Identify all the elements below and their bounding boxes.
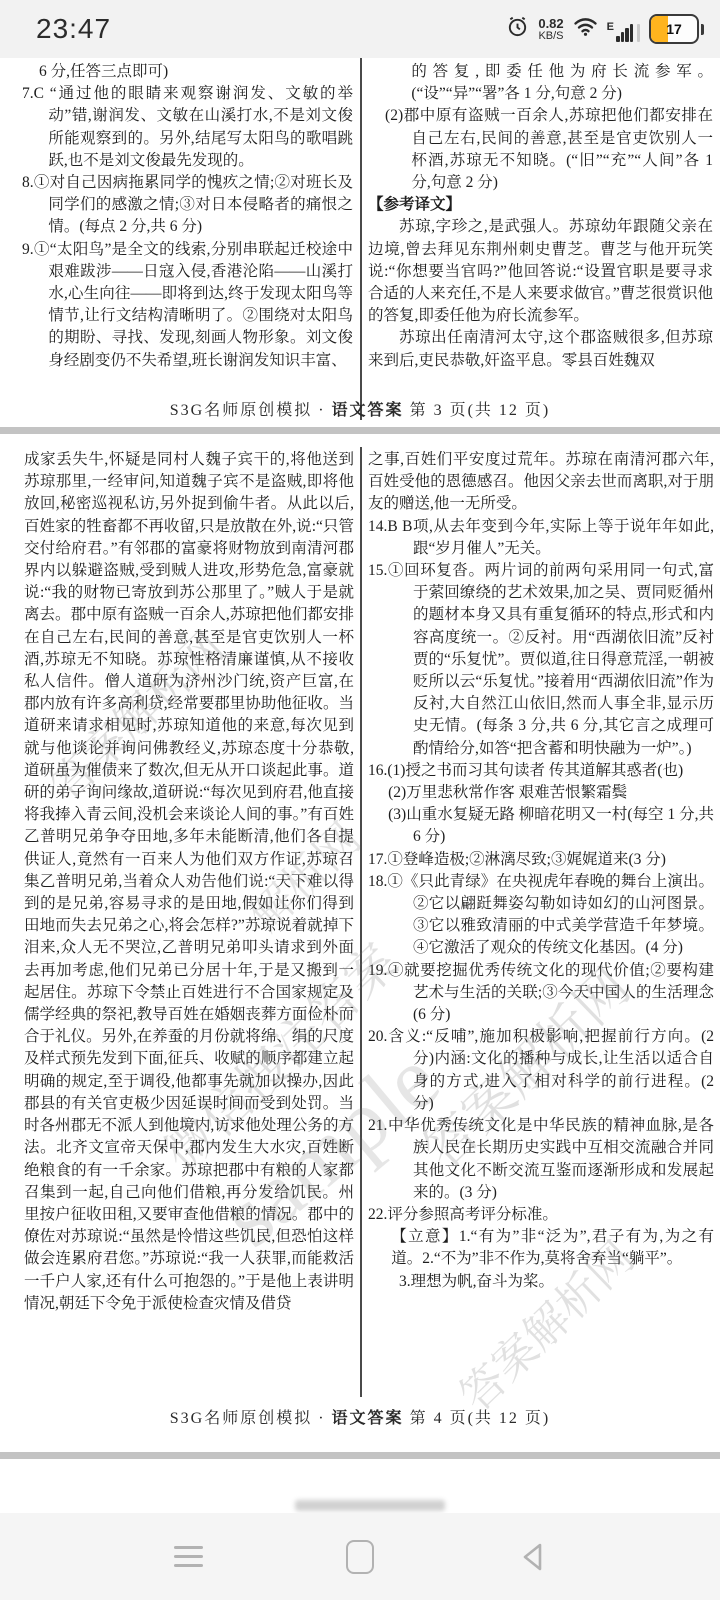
paragraph: 22.评分参照高考评分标准。 [368, 1204, 714, 1226]
paragraph: 8.①对自己因病拖累同学的愧疚之情;②对班长及同学们的感激之情;③对日本侵略者的… [22, 172, 353, 239]
paragraph: 3.理想为帆,奋斗为桨。 [368, 1271, 714, 1293]
paragraph: 17.①登峰造极;②淋漓尽致;③娓娓道来(3 分) [368, 849, 714, 871]
footer-brand: S3G名师原创模拟 [170, 402, 312, 419]
footer-subject: 语文答案 [332, 1410, 404, 1427]
paragraph: (3)山重水复疑无路 柳暗花明又一村(每空 1 分,共 6 分) [368, 804, 714, 848]
footer-page-number: 第 3 页(共 12 页) [410, 402, 551, 419]
paragraph: 7.C “通过他的眼睛来观察谢润发、文敏的举动”错,谢润发、文敏在山溪打水,不是… [22, 83, 353, 172]
column-divider [360, 447, 362, 1397]
paragraph: 【立意】1.“有为”非“泛为”,君子有为,为之有道。2.“不为”非不作为,莫将舍… [368, 1226, 714, 1270]
page4-left-column: 成家丢失牛,怀疑是同村人魏子宾干的,将他送到苏琼那里,一经审问,知道魏子宾不是盗… [24, 449, 354, 1397]
battery-icon: 17 [649, 14, 699, 44]
paragraph: (2)郡中原有盗贼一百余人,苏琼把他们都安排在自己左右,民间的善意,甚至是官吏饮… [368, 105, 713, 194]
footer-page-number: 第 4 页(共 12 页) [410, 1410, 551, 1427]
wifi-icon [573, 17, 598, 42]
paragraph: 9.①“太阳鸟”是全文的线索,分别串联起迁校途中艰难跋涉——日寇入侵,香港沦陷—… [22, 239, 353, 372]
page3-footer: S3G名师原创模拟 · 语文答案 第 3 页(共 12 页) [0, 397, 720, 420]
cell-signal-icon: E [607, 16, 640, 42]
document-scroll-area[interactable]: 6 分,任答三点即可)7.C “通过他的眼睛来观察谢润发、文敏的举动”错,谢润发… [0, 58, 720, 1513]
paragraph: 【参考译文】 [368, 194, 713, 216]
next-page-blurred-text [295, 1500, 445, 1511]
clock-time: 23:47 [36, 13, 111, 45]
paragraph: 6 分,任答三点即可) [22, 61, 353, 83]
page-gap-divider [0, 427, 720, 434]
page4-footer: S3G名师原创模拟 · 语文答案 第 4 页(共 12 页) [0, 1405, 720, 1428]
footer-separator: · [318, 402, 325, 419]
paragraph: 19.①就要挖掘优秀传统文化的现代价值;②要构建艺术与生活的关联;③今天中国人的… [368, 960, 714, 1027]
footer-separator: · [318, 1410, 325, 1427]
page-gap-divider [0, 1452, 720, 1459]
back-button[interactable] [492, 1513, 572, 1600]
paragraph: 20.含义:“反哺”,施加积极影响,把握前行方向。(2 分)内涵:文化的播种与成… [368, 1026, 714, 1115]
paragraph: 苏琼,字珍之,是武强人。苏琼幼年跟随父亲在边境,曾去拜见东荆州刺史曹芝。曹芝与他… [368, 216, 713, 327]
column-divider [360, 58, 362, 420]
page3-right-column: 的答复,即委任他为府长流参军。(“设”“异”“署”各 1 分,句意 2 分)(2… [368, 61, 713, 401]
status-bar: 23:47 0.82 KB/S [0, 0, 720, 58]
menu-button[interactable] [148, 1513, 228, 1600]
paragraph: 成家丢失牛,怀疑是同村人魏子宾干的,将他送到苏琼那里,一经审问,知道魏子宾不是盗… [24, 449, 354, 1315]
paragraph: 16.(1)授之书而习其句读者 传其道解其惑者(也) [368, 760, 714, 782]
paragraph: 15.①回环复沓。两片词的前两句采用同一句式,富于萦回缭绕的艺术效果,加之吴、贾… [368, 560, 714, 760]
network-speed-value: 0.82 [538, 17, 563, 30]
paragraph: 18.①《只此青绿》在央视虎年春晚的舞台上演出。②它以翩跹舞姿勾勒如诗如幻的山河… [368, 871, 714, 960]
footer-subject: 语文答案 [332, 402, 404, 419]
navigation-bar [0, 1513, 720, 1600]
paragraph: 之事,百姓们平安度过荒年。苏琼在南清河郡六年,百姓受他的恩德感召。他因父亲去世而… [368, 449, 714, 516]
battery-nub [701, 24, 704, 35]
network-speed: 0.82 KB/S [538, 17, 563, 42]
page3-left-column: 6 分,任答三点即可)7.C “通过他的眼睛来观察谢润发、文敏的举动”错,谢润发… [22, 61, 353, 401]
back-icon [519, 1542, 546, 1572]
paragraph: 14.B B项,从去年变到今年,实际上等于说年年如此,跟“岁月催人”无关。 [368, 516, 714, 560]
alarm-icon [506, 15, 529, 43]
network-speed-unit: KB/S [538, 30, 563, 42]
menu-icon [174, 1546, 203, 1567]
phone-screen: 23:47 0.82 KB/S [0, 0, 720, 1600]
battery-percent: 17 [666, 21, 682, 37]
paragraph: 的答复,即委任他为府长流参军。(“设”“异”“署”各 1 分,句意 2 分) [368, 61, 713, 105]
paragraph: (2)万里悲秋常作客 艰难苦恨繁霜鬓 [368, 782, 714, 804]
status-icons: 0.82 KB/S E 17 [506, 0, 704, 58]
page4-right-column: 之事,百姓们平安度过荒年。苏琼在南清河郡六年,百姓受他的恩德感召。他因父亲去世而… [368, 449, 714, 1397]
network-type-label: E [607, 21, 614, 33]
home-icon [346, 1540, 374, 1574]
paragraph: 苏琼出任南清河太守,这个郡盗贼很多,但苏琼来到后,吏民恭敬,奸盗平息。零县百姓魏… [368, 327, 713, 371]
home-button[interactable] [320, 1513, 400, 1600]
paragraph: 21.中华优秀传统文化是中华民族的精神血脉,是各族人民在长期历史实践中互相交流融… [368, 1115, 714, 1204]
footer-brand: S3G名师原创模拟 [170, 1410, 312, 1427]
